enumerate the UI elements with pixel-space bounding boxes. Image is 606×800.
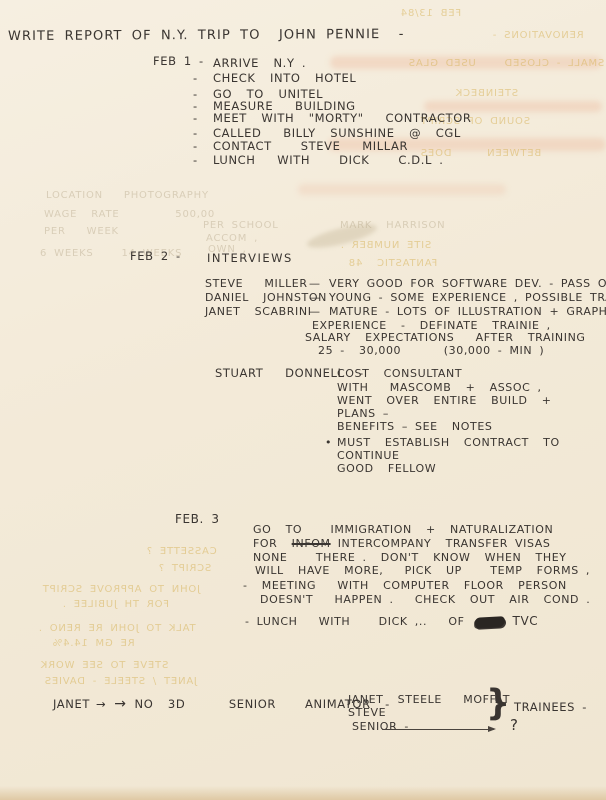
dash-bullet: - bbox=[193, 140, 213, 152]
impression-text: LOCATION PHOTOGRAPHY bbox=[46, 190, 209, 201]
feb3-line: - LUNCH WITH DICK ,.. OFTVC bbox=[245, 615, 538, 628]
feb2-label: FEB 2 - bbox=[130, 250, 181, 262]
impression-text: MARK HARRISON bbox=[340, 220, 445, 231]
feb2-heading: INTERVIEWS bbox=[207, 252, 293, 264]
senior-label: SENIOR - bbox=[352, 721, 409, 733]
feb3-line: NONE THERE . DON'T KNOW WHEN THEY bbox=[253, 552, 567, 564]
feb1-item-text: LUNCH WITH DICK C.D.L . bbox=[213, 154, 444, 166]
stuart-bullet-cont: CONTINUE bbox=[337, 450, 400, 462]
emdash: — bbox=[309, 292, 325, 304]
question-mark: ? bbox=[510, 719, 519, 731]
feb3-line7-pre: - LUNCH WITH DICK ,.. OF bbox=[245, 615, 465, 628]
feb3-line2-pre: FOR bbox=[253, 537, 277, 550]
page-edge-shadow bbox=[0, 786, 606, 800]
feb1-item: -CALLED BILLY SUNSHINE @ CGL bbox=[193, 127, 461, 139]
bleedthrough-text: TALK TO JOHN RE RENO . bbox=[38, 623, 196, 634]
interview-note: YOUNG - SOME EXPERIENCE , POSSIBLE TRAIN… bbox=[329, 292, 606, 304]
notebook-page: FEB 13/84 RENOVATIONS - SMALL - CLOSED U… bbox=[0, 0, 606, 800]
dash-bullet: - bbox=[193, 154, 213, 166]
feb1-item-text: MEET WITH "MORTY" CONTRACTOR bbox=[213, 112, 471, 124]
scribbled-out-word bbox=[474, 616, 504, 628]
feb1-item: -LUNCH WITH DICK C.D.L . bbox=[193, 154, 444, 166]
feb3-line7-post: TVC bbox=[513, 614, 539, 628]
impression-text: PER WEEK bbox=[44, 226, 119, 237]
footer-janet: JANET bbox=[53, 698, 90, 710]
bleedthrough-text: JANET / STEELE - DAVIES bbox=[44, 676, 197, 687]
page-title: WRITE REPORT OF N.Y. TRIP TO JOHN PENNIE… bbox=[8, 29, 405, 43]
bleedthrough-text: STEINBECK bbox=[455, 88, 518, 99]
impression-text: PER SCHOOL bbox=[203, 220, 279, 231]
bleedthrough-text: FANTASTIC 48 bbox=[348, 258, 437, 269]
senior-arrow bbox=[382, 729, 494, 730]
dot-bullet: • bbox=[325, 437, 337, 449]
feb3-line: GO TO IMMIGRATION + NATURALIZATION bbox=[253, 524, 553, 536]
emdash: — bbox=[309, 306, 325, 318]
bleedthrough-text: SCRIPT ? bbox=[158, 563, 211, 574]
impression-text: ACCOM , bbox=[206, 233, 258, 244]
interview-note: VERY GOOD FOR SOFTWARE DEV. - PASS ON TO… bbox=[329, 278, 606, 290]
impression-text: WAGE RATE 500,00 bbox=[44, 209, 215, 220]
feb1-item: -CHECK INTO HOTEL bbox=[193, 72, 356, 84]
feb3-line2-post: INTERCOMPANY TRANSFER VISAS bbox=[338, 537, 551, 550]
bleedthrough-text: SMALL - CLOSED USED GLAS bbox=[408, 58, 604, 69]
dash-bullet: - bbox=[193, 72, 213, 84]
stuart-desc-line: WITH MASCOMB + ASSOC , bbox=[337, 382, 542, 394]
arrow-icon: → bbox=[114, 698, 126, 710]
stuart-bullet-line: •MUST ESTABLISH CONTRACT TO bbox=[325, 437, 560, 449]
feb3-label: FEB. 3 bbox=[175, 513, 220, 525]
feb3-line: DOESN'T HAPPEN . CHECK OUT AIR COND . bbox=[260, 594, 590, 606]
footer-left-line: JANET→→NO 3D SENIOR ANIMATOR - bbox=[53, 698, 390, 710]
stuart-desc-line: COST CONSULTANT bbox=[337, 368, 462, 380]
interview-row: STEVE MILLER—VERY GOOD FOR SOFTWARE DEV.… bbox=[205, 278, 606, 290]
feb1-item: -CONTACT STEVE MILLAR bbox=[193, 140, 408, 152]
interview-note: MATURE - LOTS OF ILLUSTRATION + GRAPHIC bbox=[329, 306, 606, 318]
interview-note-cont: 25 - 30,000 (30,000 - MIN ) bbox=[318, 345, 544, 357]
trainee-name: STEVE bbox=[348, 707, 386, 719]
emdash: — bbox=[309, 278, 325, 290]
feb1-arrive: ARRIVE N.Y . bbox=[213, 57, 306, 69]
stuart-desc-line: WENT OVER ENTIRE BUILD + bbox=[337, 395, 552, 407]
feb1-item-text: CONTACT STEVE MILLAR bbox=[213, 140, 408, 152]
bleedthrough-text: JOHN TO APPROVE SCRIPT bbox=[42, 584, 200, 595]
interviewee-name: JANET SCABRINI bbox=[205, 306, 309, 318]
pink-smudge bbox=[298, 184, 506, 195]
feb1-item: -MEET WITH "MORTY" CONTRACTOR bbox=[193, 112, 471, 124]
bleedthrough-text: CASSETTE ? bbox=[146, 546, 217, 557]
dash-bullet: - bbox=[193, 127, 213, 139]
bleedthrough-text: SITE NUMBER . bbox=[340, 240, 431, 251]
interview-note-cont: SALARY EXPECTATIONS AFTER TRAINING bbox=[305, 332, 586, 344]
dash-bullet: - bbox=[193, 112, 213, 124]
interviewee-name: DANIEL JOHNSTON bbox=[205, 292, 309, 304]
stuart-bullet-cont: GOOD FELLOW bbox=[337, 463, 436, 475]
feb3-line: WILL HAVE MORE, PICK UP TEMP FORMS , bbox=[255, 565, 590, 577]
bleedthrough-text: RENOVATIONS - bbox=[492, 30, 584, 41]
stuart-bullet-text: MUST ESTABLISH CONTRACT TO bbox=[337, 437, 560, 449]
arrow-icon: → bbox=[96, 698, 106, 710]
grouping-brace: } bbox=[486, 687, 511, 719]
bleedthrough-text: STEVE TO SEE WORK bbox=[40, 660, 168, 671]
bleedthrough-text: RE GM 14.4% bbox=[52, 638, 135, 649]
interviewee-name: STEVE MILLER bbox=[205, 278, 309, 290]
bleedthrough-text: FOR TH JUBILEE . bbox=[62, 599, 169, 610]
trainees-label: TRAINEES - bbox=[514, 701, 587, 713]
bleedthrough-text: FEB 13/84 bbox=[400, 8, 461, 19]
struck-word: INFOM bbox=[292, 537, 331, 550]
interview-row: DANIEL JOHNSTON—YOUNG - SOME EXPERIENCE … bbox=[205, 292, 606, 304]
feb1-label: FEB 1 - bbox=[153, 55, 204, 67]
feb1-item-text: CALLED BILLY SUNSHINE @ CGL bbox=[213, 127, 461, 139]
stuart-desc-line: PLANS – bbox=[337, 408, 389, 420]
feb3-line: FOR INFOM INTERCOMPANY TRANSFER VISAS bbox=[253, 538, 551, 550]
stuart-desc-line: BENEFITS – SEE NOTES bbox=[337, 421, 492, 433]
feb3-line: - MEETING WITH COMPUTER FLOOR PERSON bbox=[243, 580, 567, 592]
interview-row: JANET SCABRINI—MATURE - LOTS OF ILLUSTRA… bbox=[205, 306, 606, 318]
feb1-item-text: CHECK INTO HOTEL bbox=[213, 72, 356, 84]
